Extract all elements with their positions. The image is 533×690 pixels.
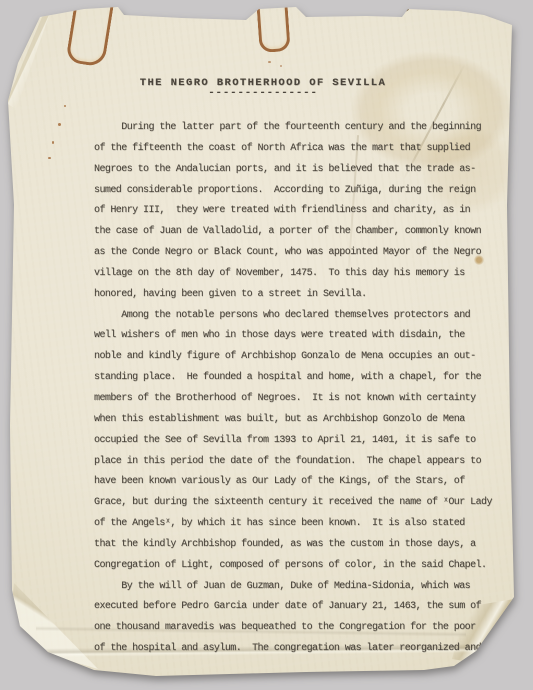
text-line: Among the notable persons who declared t… [94, 306, 498, 327]
text-line: well wishers of men who in those days we… [94, 326, 498, 347]
text-line: place in this period the date of the fou… [94, 452, 498, 473]
title-underline: --------------- [6, 87, 520, 100]
text-line: standing place. He founded a hospital an… [94, 368, 498, 389]
text-line: of Henry III, they were treated with fri… [94, 201, 498, 222]
paragraph: By the will of Juan de Guzman, Duke of M… [94, 577, 498, 660]
paragraph: During the latter part of the fourteenth… [94, 118, 498, 306]
paragraph: Among the notable persons who declared t… [94, 306, 498, 577]
text-line: executed before Pedro Garcia under date … [94, 597, 498, 618]
title-block: THE NEGRO BROTHERHOOD OF SEVILLA -------… [6, 77, 520, 100]
typewritten-content: THE NEGRO BROTHERHOOD OF SEVILLA -------… [6, 5, 520, 683]
paper-surface: THE NEGRO BROTHERHOOD OF SEVILLA -------… [6, 5, 520, 683]
text-line: one thousand maravedis was bequeathed to… [94, 618, 498, 639]
text-line: Grace, but during the sixteenth century … [94, 493, 498, 514]
text-line: Negroes to the Andalucian ports, and it … [94, 160, 498, 181]
paper-sheet: THE NEGRO BROTHERHOOD OF SEVILLA -------… [6, 5, 520, 683]
text-line: Congregation of Light, composed of perso… [94, 556, 498, 577]
text-line: honored, having been given to a street i… [94, 285, 498, 306]
text-line: By the will of Juan de Guzman, Duke of M… [94, 577, 498, 598]
body-text: During the latter part of the fourteenth… [94, 118, 498, 660]
text-line: village on the 8th day of November, 1475… [94, 264, 498, 285]
text-line: of the Angelsˣ, by which it has since be… [94, 514, 498, 535]
text-line: of the fifteenth the coast of North Afri… [94, 139, 498, 160]
text-line: sumed considerable proportions. Accordin… [94, 181, 498, 202]
text-line: when this establishment was built, but a… [94, 410, 498, 431]
text-line: have been known variously as Our Lady of… [94, 472, 498, 493]
text-line: occupied the See of Sevilla from 1393 to… [94, 431, 498, 452]
text-line: During the latter part of the fourteenth… [94, 118, 498, 139]
photo-background: THE NEGRO BROTHERHOOD OF SEVILLA -------… [0, 0, 533, 690]
text-line: as the Conde Negro or Black Count, who w… [94, 243, 498, 264]
text-line: that the kindly Archbishop founded, as w… [94, 535, 498, 556]
text-line: the case of Juan de Valladolid, a porter… [94, 222, 498, 243]
text-line: noble and kindly figure of Archbishop Go… [94, 347, 498, 368]
text-line: of the hospital and asylum. The congrega… [94, 639, 498, 660]
text-line: members of the Brotherhood of Negroes. I… [94, 389, 498, 410]
